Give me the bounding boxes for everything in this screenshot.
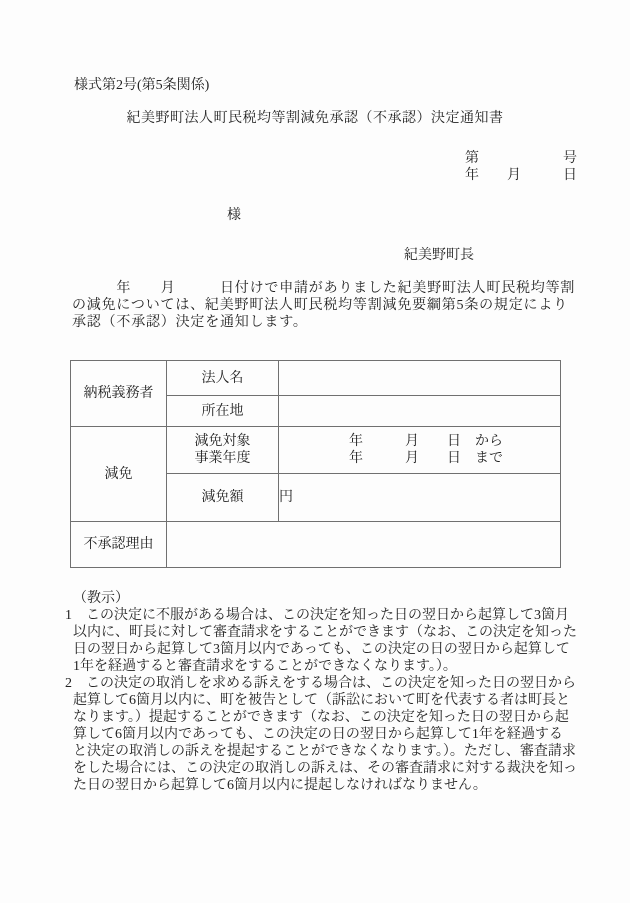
document-number-line: 第 号: [465, 150, 577, 167]
amount-label-cell: 減免額: [167, 474, 279, 522]
table-row: 納税義務者 法人名: [71, 361, 561, 396]
period-value-cell: 年 月 日 から 年 月 日 まで: [279, 427, 561, 474]
document-title: 紀美野町法人町民税均等割減免承認（不承認）決定通知書: [0, 110, 630, 127]
instruction-item-2: 2 この決定の取消しを求める訴えをする場合は、この決定を知った日の翌日から 起算…: [65, 675, 577, 794]
denial-reason-label-cell: 不承認理由: [71, 522, 167, 568]
table-row: 不承認理由: [71, 522, 561, 568]
corp-name-value-cell: [279, 361, 561, 396]
addressee-suffix: 様: [227, 207, 241, 224]
address-label-cell: 所在地: [167, 396, 279, 427]
corp-name-label-cell: 法人名: [167, 361, 279, 396]
body-paragraph: 年 月 日付けで申請がありました紀美野町法人町民税均等割 の減免については、紀美…: [72, 280, 575, 331]
form-number: 様式第2号(第5条関係): [74, 77, 209, 94]
taxpayer-label-cell: 納税義務者: [71, 361, 167, 427]
table-row: 減免 減免対象 事業年度 年 月 日 から 年 月 日 まで: [71, 427, 561, 474]
document-date-line: 年 月 日: [465, 167, 577, 184]
exemption-label-cell: 減免: [71, 427, 167, 522]
document-number-block: 第 号 年 月 日: [465, 150, 577, 184]
instructions-heading: （教示）: [73, 590, 577, 607]
address-value-cell: [279, 396, 561, 427]
document-page: 様式第2号(第5条関係) 紀美野町法人町民税均等割減免承認（不承認）決定通知書 …: [0, 0, 630, 903]
sender-name: 紀美野町長: [404, 247, 474, 264]
notification-table: 納税義務者 法人名 所在地 減免 減免対象 事業年度 年 月 日 から 年 月 …: [70, 360, 561, 568]
instructions-section: （教示） 1 この決定に不服がある場合は、この決定を知った日の翌日から起算して3…: [65, 590, 577, 794]
amount-unit-cell: 円: [279, 474, 561, 522]
instruction-item-1: 1 この決定に不服がある場合は、この決定を知った日の翌日から起算して3箇月 以内…: [65, 607, 577, 675]
denial-reason-value-cell: [167, 522, 561, 568]
period-label-cell: 減免対象 事業年度: [167, 427, 279, 474]
